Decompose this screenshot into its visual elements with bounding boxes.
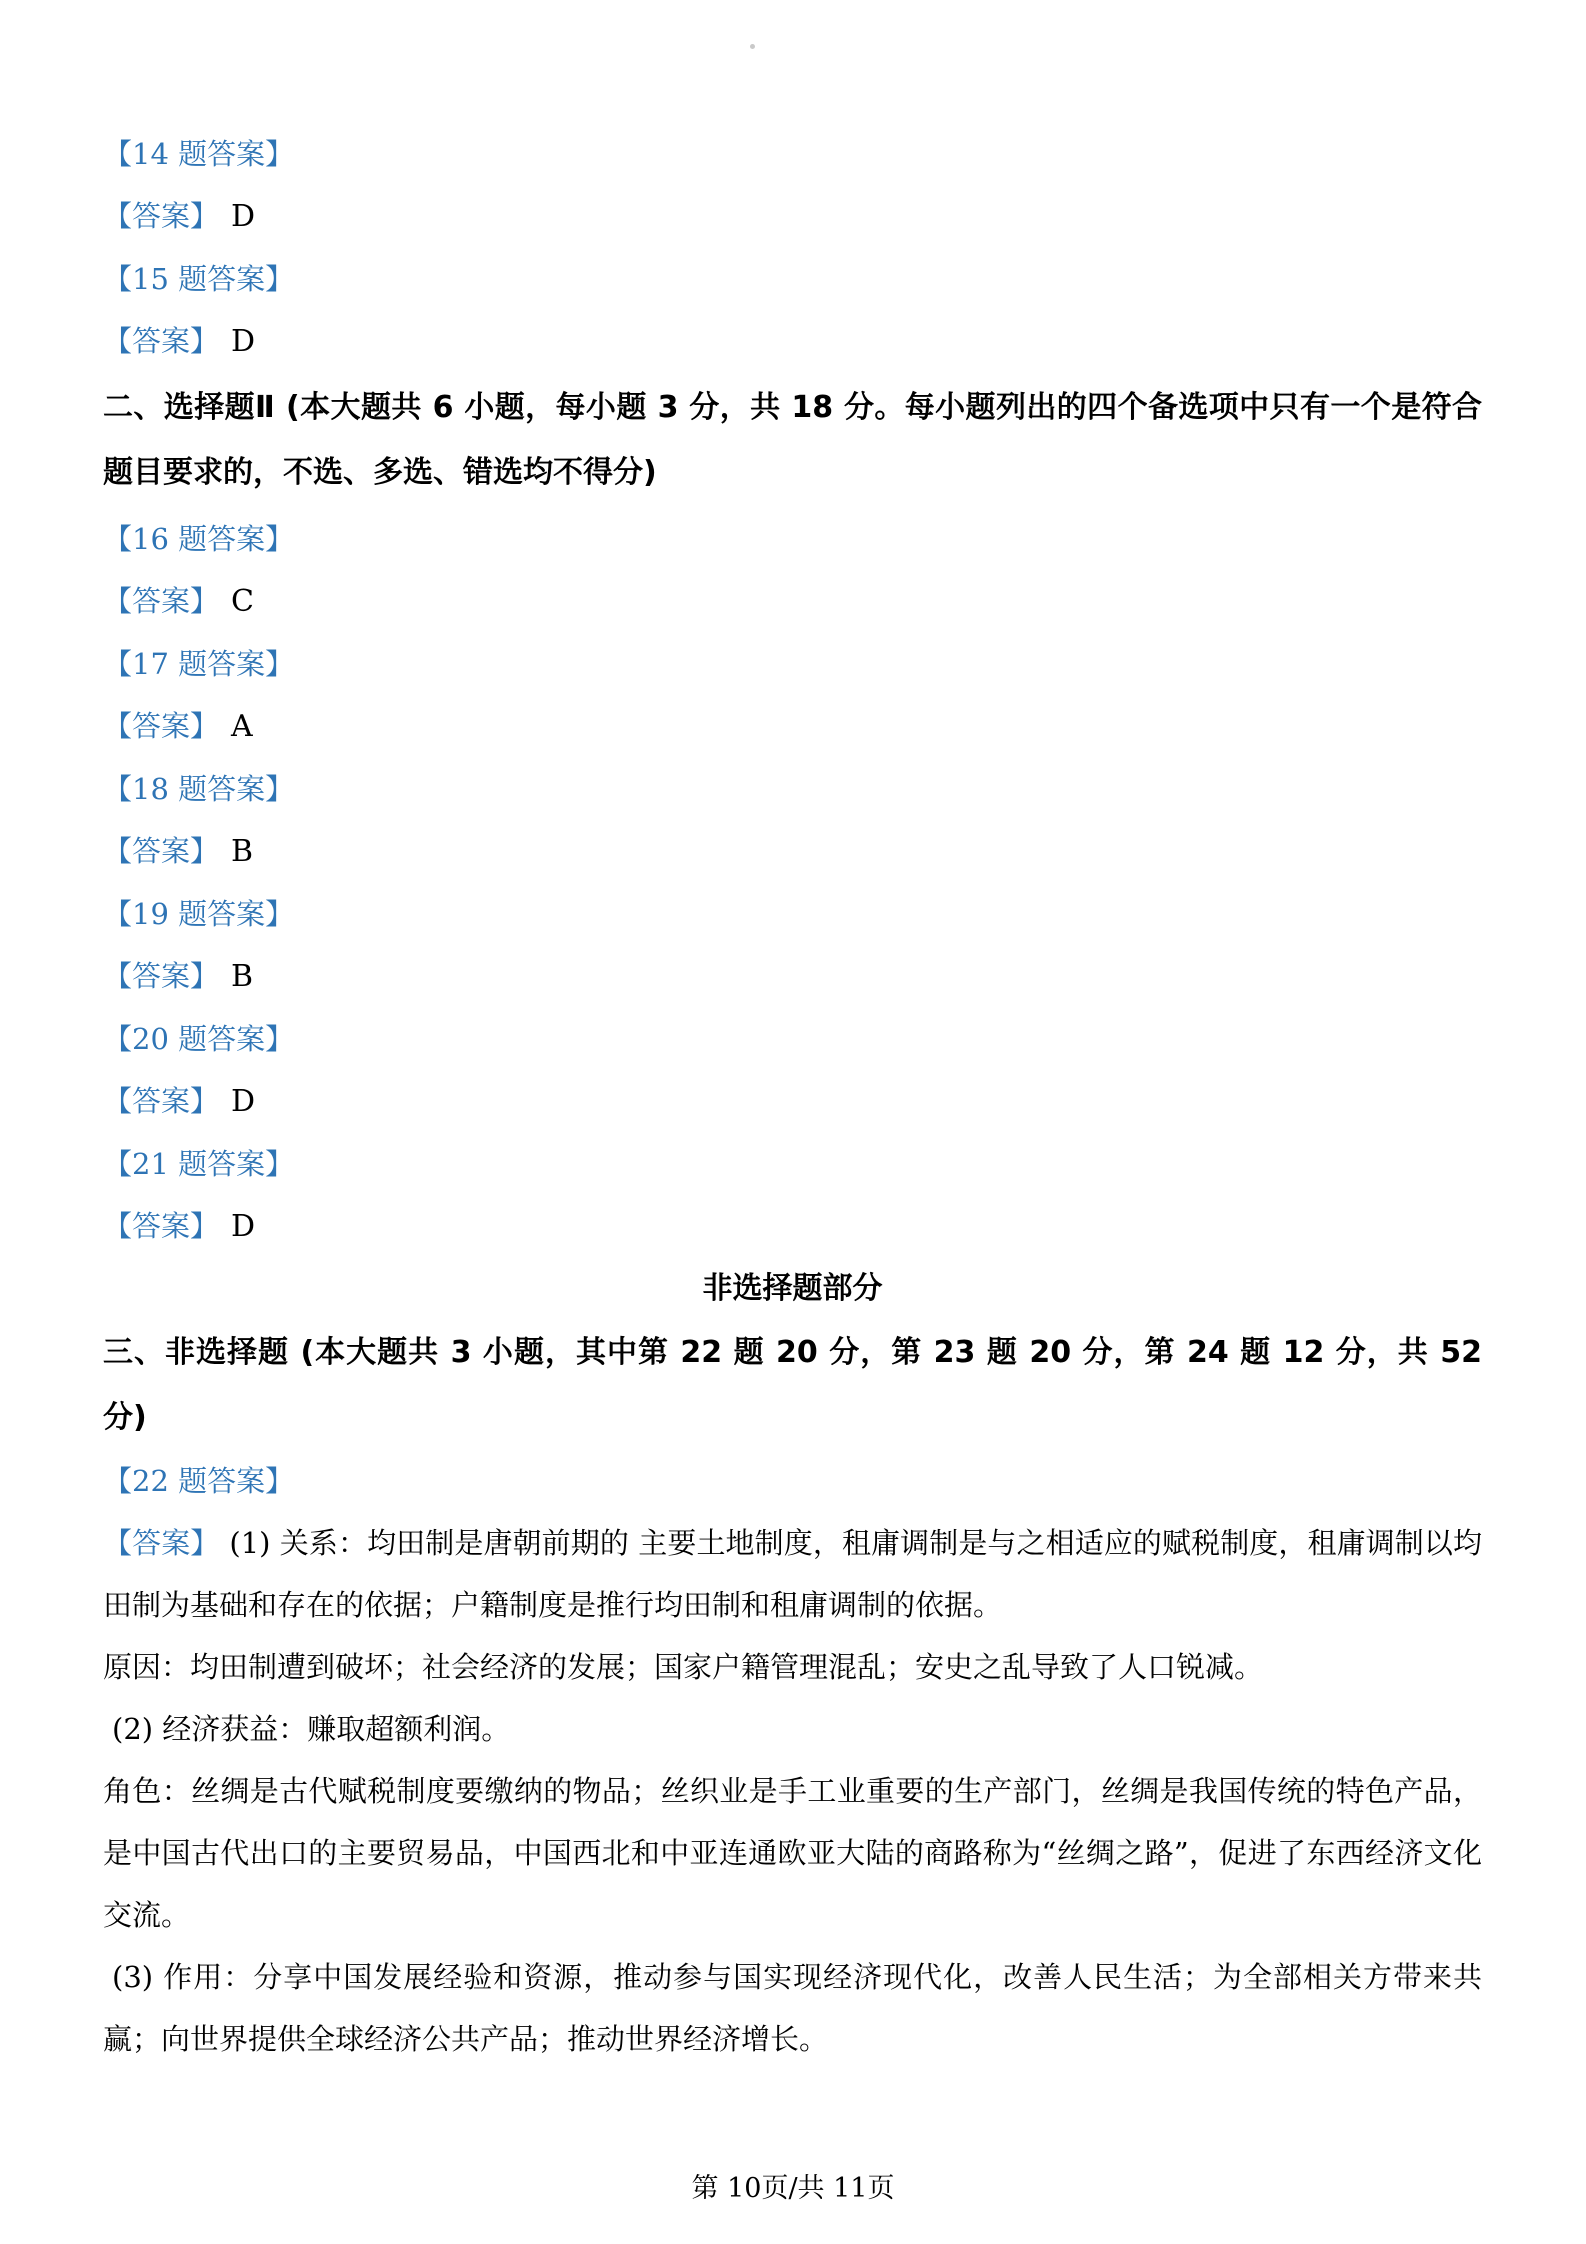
q20-answer-value: D: [231, 1084, 255, 1119]
section2-heading: 二、选择题Ⅱ (本大题共 6 小题，每小题 3 分，共 18 分。每小题列出的四…: [103, 375, 1482, 505]
page-footer: 第 10页/共 11页: [0, 2166, 1586, 2205]
q21-answer-value: D: [231, 1209, 255, 1244]
q22-answer-para-2: 原因：均田制遭到破坏；社会经济的发展；国家户籍管理混乱；安史之乱导致了人口锐减。: [103, 1636, 1482, 1698]
q18-label: 【18 题答案】: [103, 758, 1482, 820]
q16-answer-value: C: [231, 584, 254, 619]
q16-answer-label: 【答案】: [103, 584, 219, 618]
q20-label: 【20 题答案】: [103, 1008, 1482, 1070]
scan-artifact-dot: [750, 44, 755, 49]
q21-answer-line: 【答案】D: [103, 1195, 1482, 1258]
q20-answer-label: 【答案】: [103, 1084, 219, 1118]
q18-answer-label: 【答案】: [103, 834, 219, 868]
q17-label: 【17 题答案】: [103, 633, 1482, 695]
q22-answer-para-1: 【答案】(1) 关系：均田制是唐朝前期的 主要土地制度，租庸调制是与之相适应的赋…: [103, 1512, 1482, 1636]
q16-answer-line: 【答案】C: [103, 570, 1482, 633]
q18-answer-value: B: [231, 834, 253, 869]
q19-answer-value: B: [231, 959, 253, 994]
q22-answer-para-3: (2) 经济获益：赚取超额利润。: [103, 1698, 1482, 1760]
q15-label: 【15 题答案】: [103, 248, 1482, 310]
q19-label: 【19 题答案】: [103, 883, 1482, 945]
part2-title: 非选择题部分: [103, 1258, 1482, 1320]
q22-para1-text: (1) 关系：均田制是唐朝前期的 主要土地制度，租庸调制是与之相适应的赋税制度，…: [103, 1526, 1482, 1622]
q17-answer-line: 【答案】A: [103, 695, 1482, 758]
q19-answer-label: 【答案】: [103, 959, 219, 993]
q22-answer-para-4: 角色：丝绸是古代赋税制度要缴纳的物品；丝织业是手工业重要的生产部门，丝绸是我国传…: [103, 1760, 1482, 1946]
q14-answer-label: 【答案】: [103, 199, 219, 233]
q15-answer-line: 【答案】D: [103, 310, 1482, 373]
q15-answer-value: D: [231, 324, 255, 359]
q17-answer-label: 【答案】: [103, 709, 219, 743]
document-page: { "meta": { "accent_blue": "#2E74B5" }, …: [0, 0, 1586, 2244]
q19-answer-line: 【答案】B: [103, 945, 1482, 1008]
q22-label: 【22 题答案】: [103, 1450, 1482, 1512]
page-content: 【14 题答案】 【答案】D 【15 题答案】 【答案】D 二、选择题Ⅱ (本大…: [103, 123, 1482, 2070]
q15-answer-label: 【答案】: [103, 324, 219, 358]
q22-answer-para-5: (3) 作用：分享中国发展经验和资源，推动参与国实现经济现代化，改善人民生活；为…: [103, 1946, 1482, 2070]
q16-label: 【16 题答案】: [103, 508, 1482, 570]
section2-answers-group: 【16 题答案】 【答案】C 【17 题答案】 【答案】A 【18 题答案】 【…: [103, 508, 1482, 1258]
q20-answer-line: 【答案】D: [103, 1070, 1482, 1133]
q14-answer-line: 【答案】D: [103, 185, 1482, 248]
q22-answer-label: 【答案】: [103, 1526, 219, 1560]
q21-label: 【21 题答案】: [103, 1133, 1482, 1195]
q14-label: 【14 题答案】: [103, 123, 1482, 185]
q21-answer-label: 【答案】: [103, 1209, 219, 1243]
section3-heading: 三、非选择题 (本大题共 3 小题，其中第 22 题 20 分，第 23 题 2…: [103, 1320, 1482, 1450]
q17-answer-value: A: [231, 709, 253, 744]
q18-answer-line: 【答案】B: [103, 820, 1482, 883]
q14-answer-value: D: [231, 199, 255, 234]
